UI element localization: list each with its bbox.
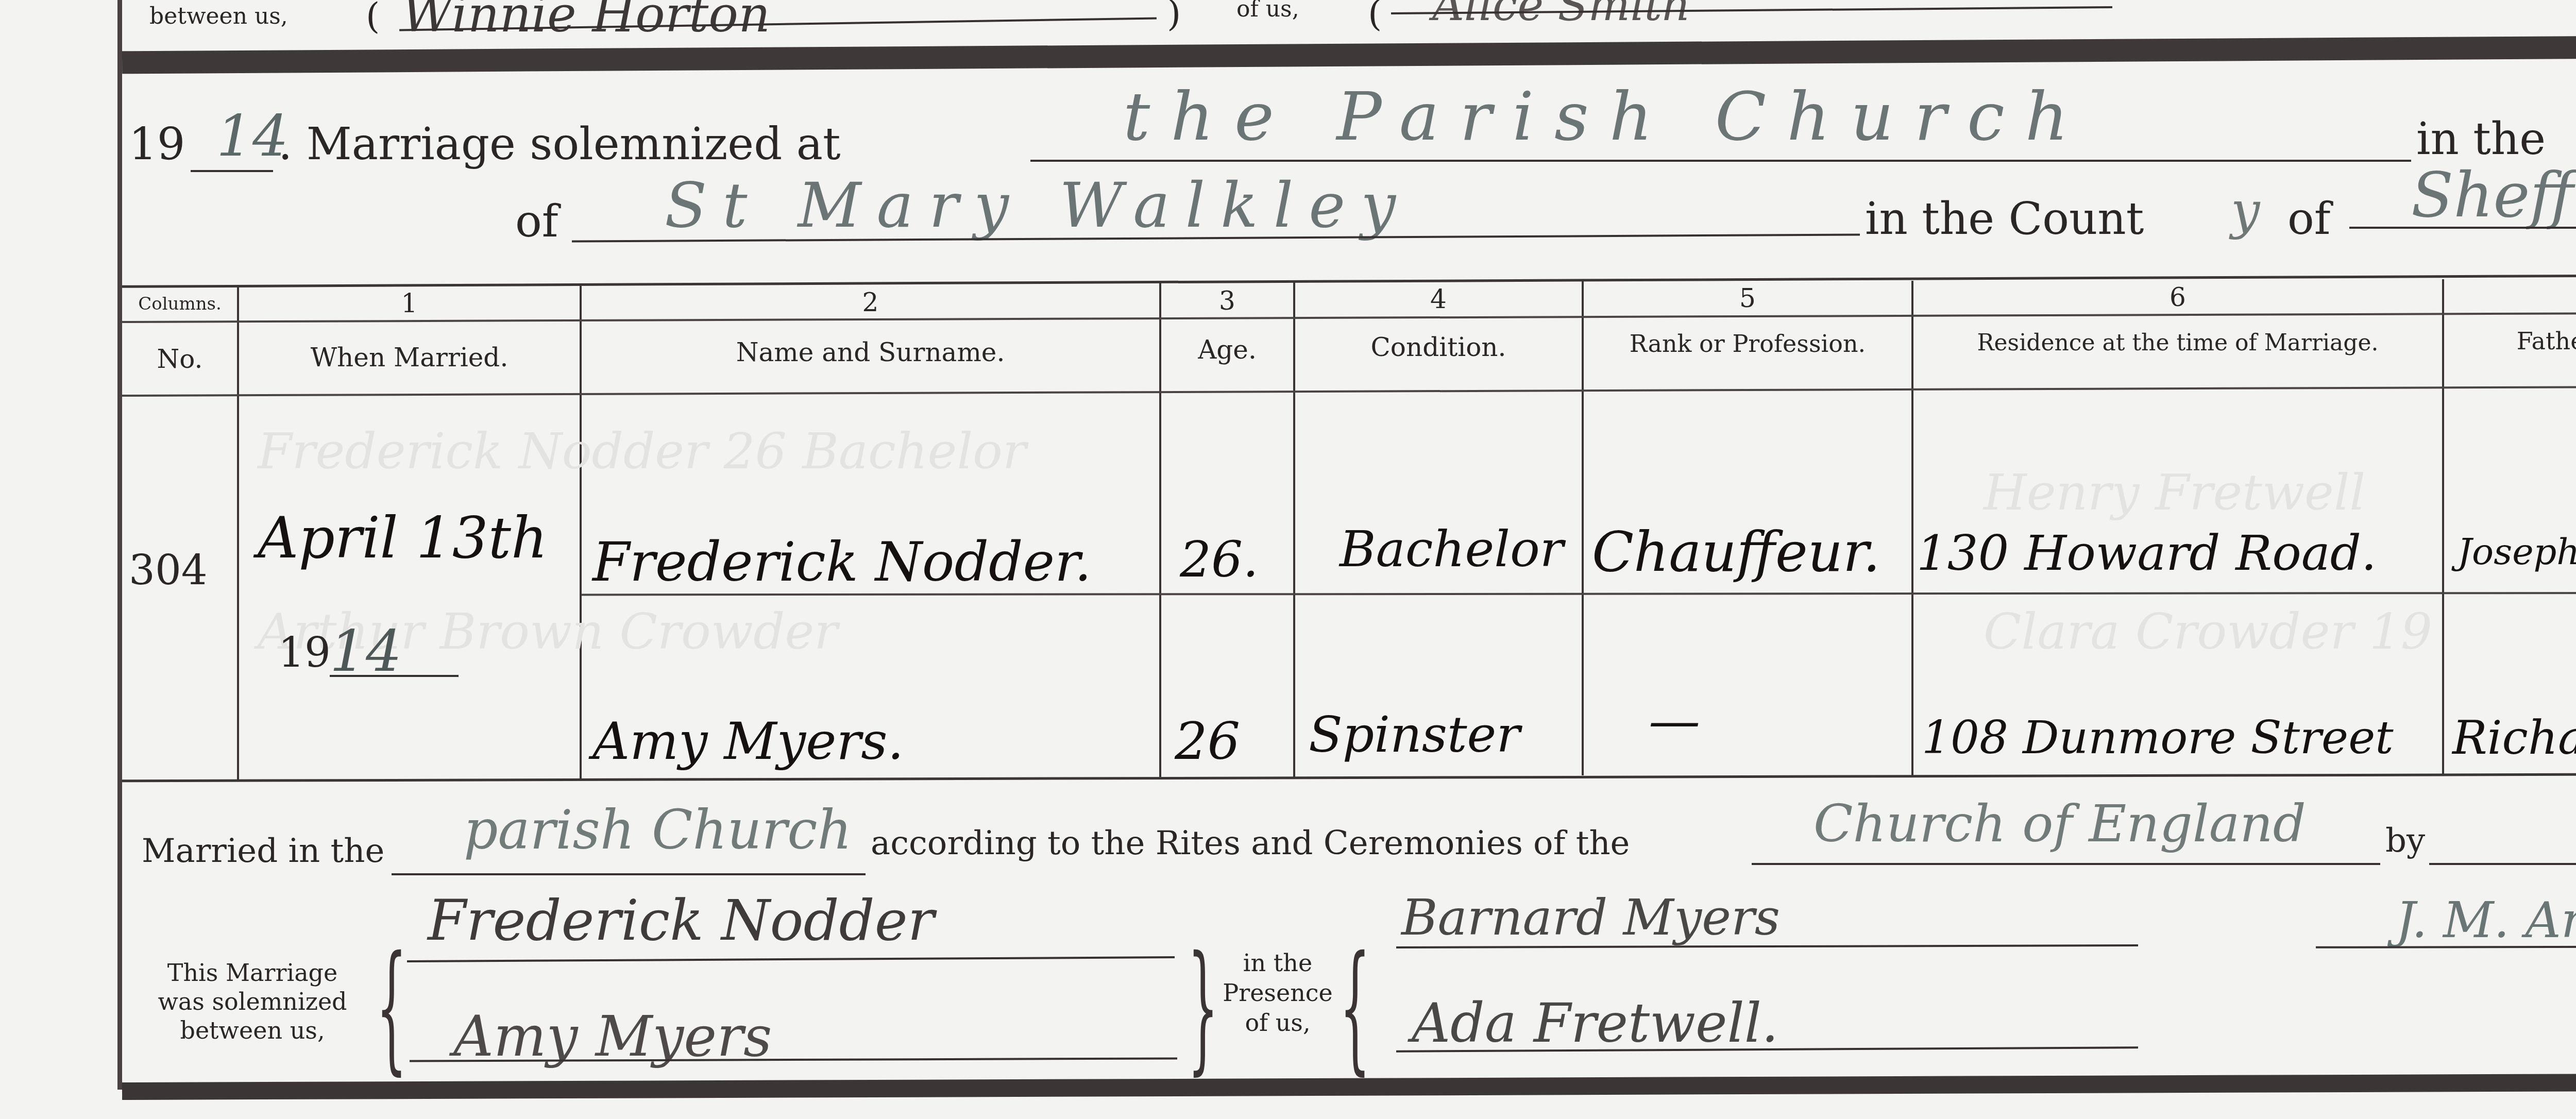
denomination-line <box>1752 863 2380 865</box>
bride-father-name: Richard Myers. <box>2452 711 2576 765</box>
bride-profession: — <box>1649 690 1700 751</box>
heading-county-of-label: of <box>2287 193 2331 245</box>
bleed-through: Henry Fretwell <box>1984 464 2365 521</box>
prev-of-us-label: of us, <box>1236 0 1299 22</box>
witness2-signature: Ada Fretwell. <box>1412 992 1778 1055</box>
groom-profession: Chauffeur. <box>1592 520 1880 584</box>
heading-parish-name: St Mary Walkley <box>665 170 1411 242</box>
when-married-year-suffix: 14 <box>330 618 402 684</box>
solemnized-label-line2: was solemnized <box>129 987 376 1016</box>
prev-open-paren: ( <box>366 0 380 37</box>
col-header-residence: Residence at the time of Marriage. <box>1913 330 2442 356</box>
left-brace-open: { <box>376 938 407 1077</box>
bride-condition: Spinster <box>1309 706 1520 764</box>
witness-brace-open: { <box>1340 938 1370 1077</box>
heading-place: the Parish Church <box>1123 77 2089 156</box>
presence-label-line1: in the <box>1221 948 1334 978</box>
heading-place-line <box>1030 160 2411 162</box>
prev-open-paren-2: ( <box>1368 0 1382 35</box>
solemnized-between-label: This Marriage was solemnized between us, <box>129 958 376 1045</box>
prev-party-signature: Winnie Horton <box>402 0 770 43</box>
presence-label: in the Presence of us, <box>1221 948 1334 1038</box>
header-bottom-rule <box>122 383 2576 397</box>
presence-label-line3: of us, <box>1221 1008 1334 1038</box>
col-header-when-married: When Married. <box>239 343 580 372</box>
heading-in-the-label: in the <box>2416 113 2546 165</box>
denomination: Church of England <box>1814 793 2306 854</box>
col-number-2: 2 <box>582 287 1159 317</box>
bleed-through: Clara Crowder 19 <box>1984 603 2432 660</box>
when-married-date: April 13th <box>258 505 548 571</box>
groom-signature: Frederick Nodder <box>428 889 934 953</box>
col-number-6: 6 <box>1913 282 2442 312</box>
prev-witness-signature: Alice Smith <box>1432 0 1690 31</box>
groom-age: 26. <box>1180 531 1259 588</box>
married-in-venue: parish Church <box>464 799 852 861</box>
witness1-signature: Barnard Myers <box>1401 889 1780 946</box>
when-married-year-prefix: 19 <box>278 629 331 676</box>
col-header-no: No. <box>123 344 237 374</box>
right-brace-close: } <box>1188 938 1218 1077</box>
col-number-4: 4 <box>1295 284 1582 314</box>
heading-county-line <box>2349 227 2576 229</box>
bride-residence: 108 Dunmore Street <box>1922 711 2394 764</box>
groom-condition: Bachelor <box>1340 520 1564 578</box>
groom-name: Frederick Nodder. <box>592 531 1092 594</box>
groom-residence: 130 Howard Road. <box>1917 525 2377 582</box>
by-value-line <box>2429 863 2576 865</box>
officiant-signature: J. M. Archer <box>2396 891 2576 949</box>
col-header-name: Name and Surname. <box>582 337 1159 367</box>
col-number-7: 7 <box>2444 281 2576 311</box>
col-number-5: 5 <box>1584 283 1911 313</box>
heading-county-y: y <box>2231 180 2260 241</box>
heading-year-suffix: 14 <box>216 103 289 169</box>
bride-age: 26 <box>1175 711 1240 771</box>
by-label: by <box>2385 822 2425 860</box>
col-header-age: Age. <box>1161 335 1293 365</box>
married-in-label: Married in the <box>142 832 384 870</box>
col-number-1: 1 <box>239 289 580 318</box>
col-number-3: 3 <box>1161 286 1293 316</box>
col-header-condition: Condition. <box>1295 332 1582 362</box>
bleed-through: Frederick Nodder 26 Bachelor <box>258 422 1026 480</box>
solemnized-label-line3: between us, <box>129 1016 376 1045</box>
groom-signature-line <box>407 956 1175 962</box>
according-label: according to the Rites and Ceremonies of… <box>871 824 1630 862</box>
heading-year-line <box>191 170 273 172</box>
table-bottom-rule <box>122 771 2576 783</box>
col-header-father-name: Father's Name and Surname. <box>2444 327 2576 355</box>
entry-number: 304 <box>129 546 208 594</box>
presence-label-line2: Presence <box>1221 978 1334 1008</box>
bride-name: Amy Myers. <box>592 711 904 771</box>
prev-close-paren: ) <box>1167 0 1181 35</box>
heading-county-label: in the Count <box>1865 193 2144 245</box>
register-page: between us, ( Winnie Horton ) of us, ( A… <box>0 0 2576 1119</box>
col-header-profession: Rank or Profession. <box>1584 330 1911 358</box>
solemnized-label-line1: This Marriage <box>129 958 376 987</box>
when-married-year-line <box>330 675 459 677</box>
left-border <box>117 0 122 1090</box>
columns-label: Columns. <box>123 294 237 314</box>
married-in-venue-line <box>392 873 866 875</box>
prev-between-us-label: between us, <box>149 3 288 29</box>
groom-father-name: Joseph Nodder. (deceased) <box>2458 531 2576 573</box>
heading-solemnized-label: . Marriage solemnized at <box>278 118 840 170</box>
heading-year-prefix: 19 <box>129 118 185 170</box>
heading-county: Sheffield. <box>2411 160 2576 231</box>
heading-of-label: of <box>515 196 558 247</box>
